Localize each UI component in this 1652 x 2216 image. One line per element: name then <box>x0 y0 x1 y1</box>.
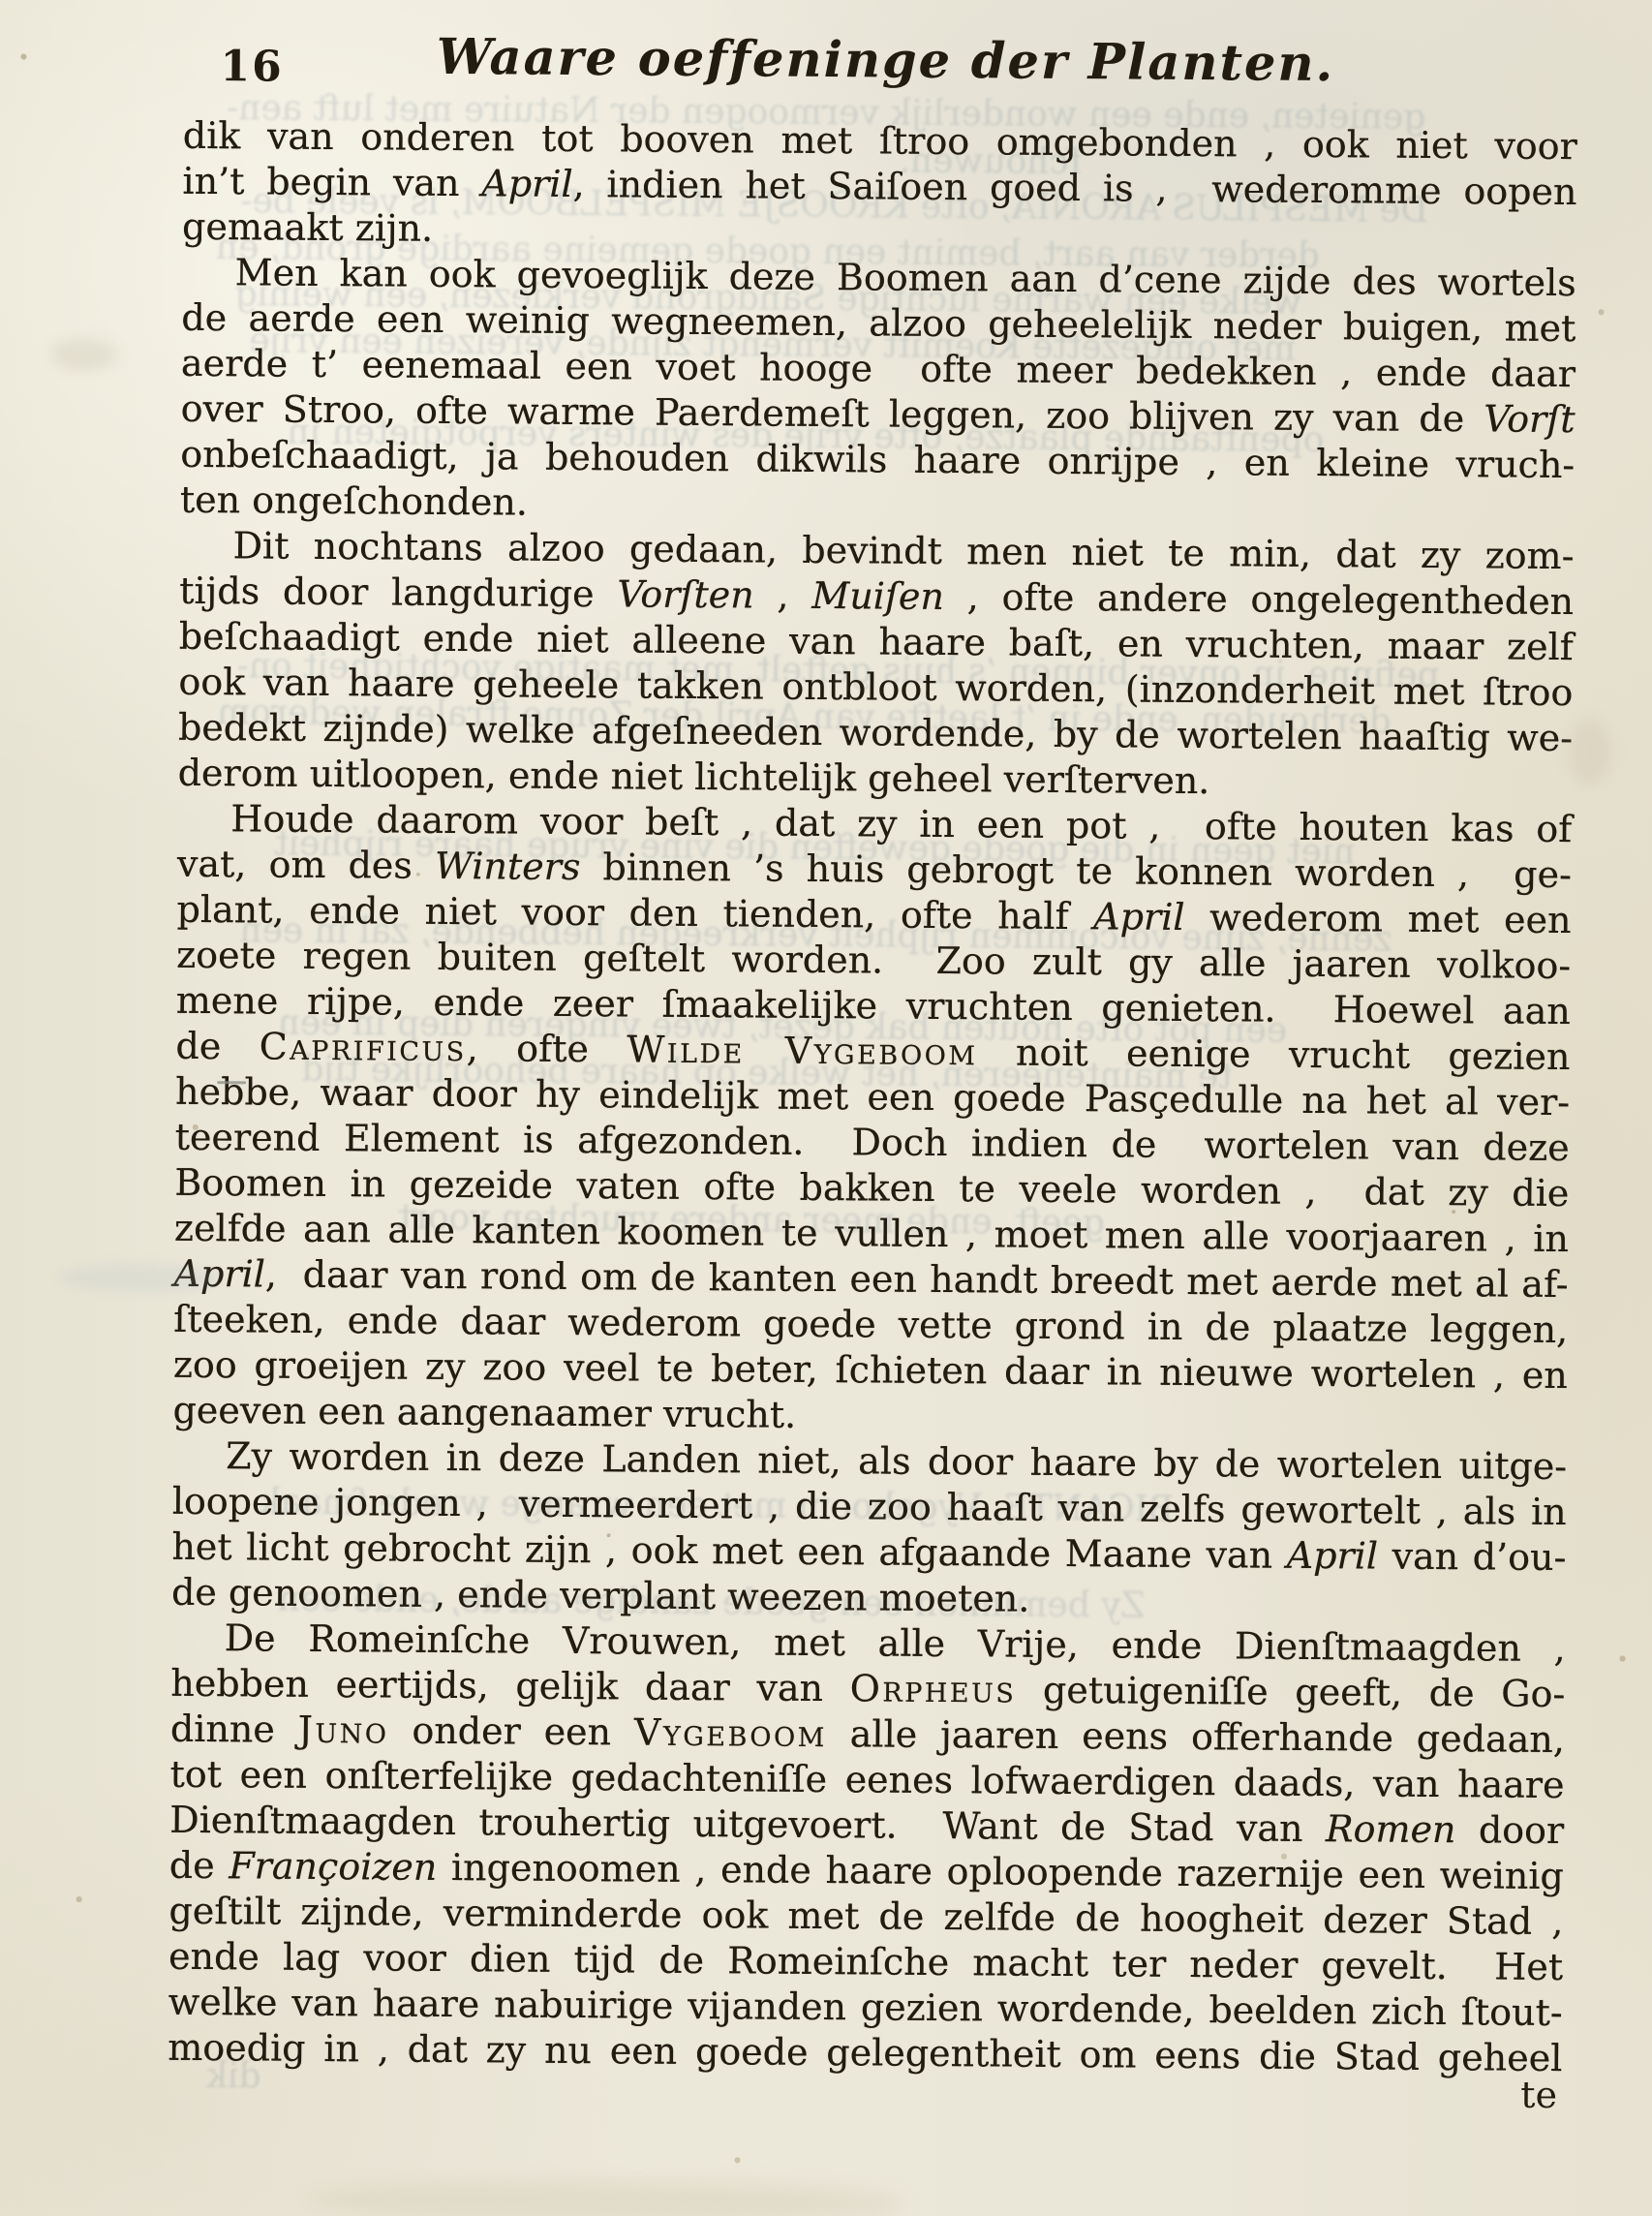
italic-text: Françoizen <box>229 1844 437 1889</box>
text-segment: , <box>754 573 812 616</box>
text-segment: , indien het Saiſoen goed is , wederomme… <box>572 163 1576 213</box>
text-segment: van d’ou- <box>1378 1535 1567 1580</box>
text-segment: dinne <box>170 1708 298 1751</box>
text-segment: binnen ’s huis gebrogt te konnen worden … <box>580 846 1572 896</box>
ink-smudge <box>50 338 118 372</box>
italic-text: Vorſt <box>1484 397 1576 441</box>
scanned-content: genieten, ende een wonderlijk vermoogen … <box>0 0 1652 2216</box>
text-segment: , ofte <box>467 1027 627 1070</box>
text-segment: de <box>175 1025 260 1068</box>
text-segment: geeven een aangenaamer vrucht. <box>172 1389 796 1436</box>
text-segment: , ofte andere ongelegentheden <box>944 575 1575 623</box>
italic-text: April <box>173 1252 265 1296</box>
page-number: 16 <box>220 42 284 92</box>
small-caps-text: Caprificus <box>260 1025 467 1069</box>
text-segment: noit eenige vrucht gezien <box>977 1031 1570 1078</box>
running-title: Waare oeffeninge der Planten. <box>328 27 1442 94</box>
text-segment: , daar van rond om de kanten een handt b… <box>265 1252 1569 1306</box>
text-segment: hebben eertijds, gelijk daar van <box>170 1662 850 1710</box>
small-caps-text: Juno <box>298 1708 389 1752</box>
italic-text: April <box>1287 1534 1379 1578</box>
text-segment: ingenoomen , ende haare oploopende razer… <box>437 1846 1564 1897</box>
small-caps-text: Orpheus <box>850 1667 1017 1710</box>
italic-text: Muiſen <box>811 574 944 618</box>
italic-text: April <box>481 162 573 205</box>
small-caps-text: Vygeboom <box>634 1711 827 1756</box>
text-segment: ten ongeſchonden. <box>180 478 528 524</box>
text-segment: vat, om des <box>177 843 435 887</box>
text-segment: in’t begin van <box>182 160 481 204</box>
text-segment: plant, ende niet voor den tienden, ofte … <box>176 888 1093 938</box>
ink-smudge <box>302 2180 902 2216</box>
book-page-scan: genieten, ende een wonderlijk vermoogen … <box>0 0 1652 2216</box>
italic-text: April <box>1093 895 1185 939</box>
text-segment: door <box>1455 1808 1564 1852</box>
text-segment: derom uitloopen, ende niet lichtelijk ge… <box>178 752 1210 802</box>
italic-text: Winters <box>435 845 581 888</box>
text-segment: wederom met een <box>1184 896 1571 941</box>
text-segment: de genoomen , ende verplant weezen moete… <box>171 1571 1030 1620</box>
text-segment: Dienſtmaagden trouhertig uitgevoert. Wan… <box>169 1799 1326 1850</box>
text-segment: getuigeniſſe geeft, de Go- <box>1016 1669 1565 1715</box>
text-segment: tijds door langdurige <box>179 569 618 616</box>
ink-smudge <box>1568 718 1613 785</box>
italic-text: Vorſten <box>617 572 754 616</box>
text-segment: het licht gebrocht zijn , ook met een af… <box>171 1525 1287 1577</box>
body-text: dik van onderen tot booven met ſtroo omg… <box>168 113 1577 2081</box>
text-segment: onder een <box>388 1709 634 1754</box>
text-segment: de <box>169 1844 229 1887</box>
margin-dash-mark <box>217 1081 246 1084</box>
italic-text: Romen <box>1326 1807 1456 1851</box>
small-caps-text: Wilde Vygeboom <box>627 1028 978 1073</box>
text-segment: alle jaaren eens offerhande gedaan, <box>827 1712 1565 1761</box>
text-segment: gemaakt zijn. <box>182 205 433 250</box>
catchword: te <box>1330 2072 1557 2116</box>
text-segment: over Stroo, ofte warme Paerdemeſt leggen… <box>180 387 1484 441</box>
